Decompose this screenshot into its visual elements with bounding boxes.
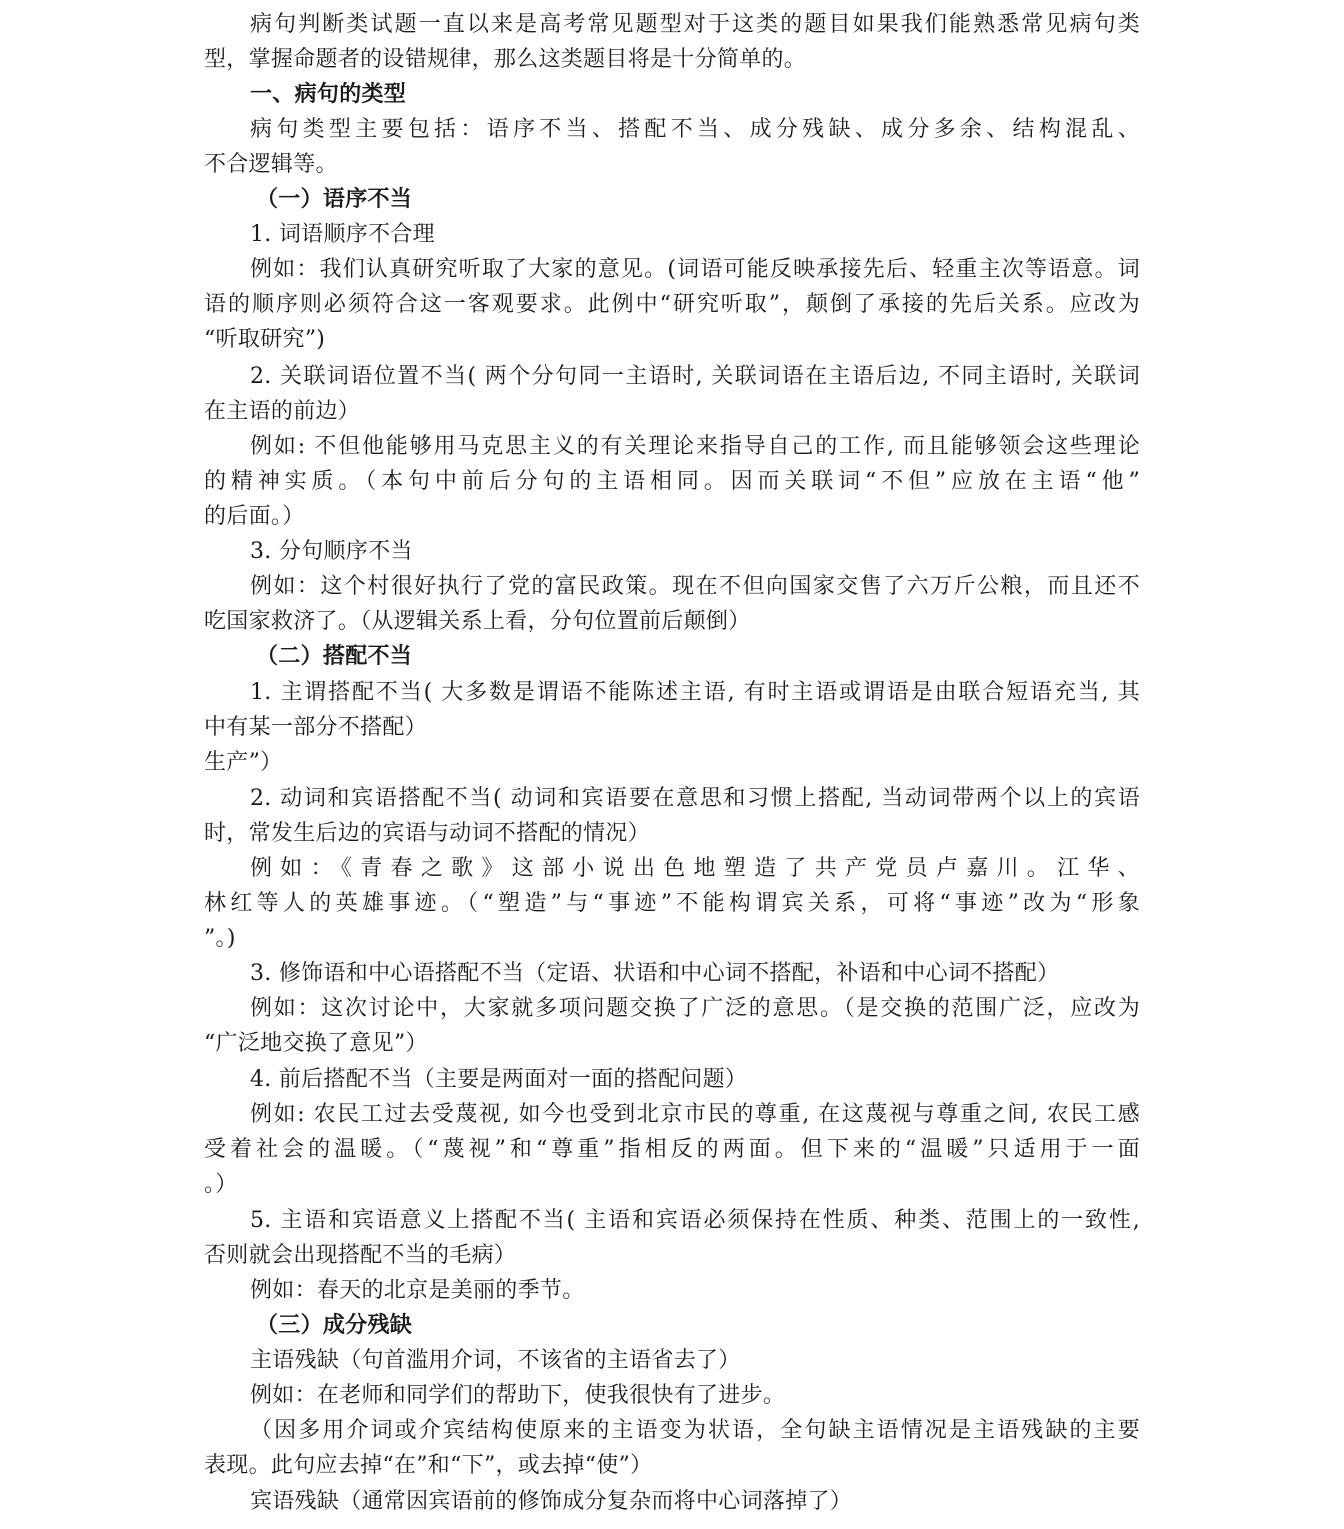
example-8: 例如：在老师和同学们的帮助下，使我很快有了进步。 (250, 1378, 1140, 1413)
example-6-line-3: 。） (204, 1167, 1140, 1202)
types-summary-line-2: 不合逻辑等。 (204, 147, 1140, 182)
example-1-line-2: 语的顺序则必须符合这一客观要求。此例中“研究听取”，颠倒了承接的先后关系。应改为 (204, 287, 1140, 322)
example-1-line-3: “听取研究”) (204, 322, 1140, 357)
item-clause-order: 3. 分句顺序不当 (250, 534, 1140, 569)
item-subject-predicate-line-2: 中有某一部分不搭配） (204, 710, 1140, 745)
example-2-line-1: 例如: 不但他能够用马克思主义的有关理论来指导自己的工作, 而且能够领会这些理论 (250, 429, 1140, 464)
types-summary-line-1: 病句类型主要包括：语序不当、搭配不当、成分残缺、成分多余、结构混乱、 (250, 112, 1140, 147)
item-subject-object-meaning-line-2: 否则就会出现搭配不当的毛病） (204, 1238, 1140, 1273)
intro-paragraph-line-2: 型，掌握命题者的设错规律，那么这类题目将是十分简单的。 (204, 42, 1140, 77)
section-heading-sentence-types: 一、病句的类型 (250, 77, 1140, 112)
example-2-line-2: 的精神实质。（本句中前后分句的主语相同。因而关联词“不但”应放在主语“他” (204, 464, 1140, 499)
item-subject-predicate-line-1: 1. 主谓搭配不当( 大多数是谓语不能陈述主语, 有时主语或谓语是由联合短语充当… (250, 675, 1140, 710)
item-verb-object-line-1: 2. 动词和宾语搭配不当( 动词和宾语要在意思和习惯上搭配, 当动词带两个以上的… (250, 781, 1140, 816)
example-6-line-1: 例如: 农民工过去受蔑视, 如今也受到北京市民的尊重, 在这蔑视与尊重之间, 农… (250, 1097, 1140, 1132)
item-front-back-collocation: 4. 前后搭配不当（主要是两面对一面的搭配问题） (250, 1062, 1140, 1097)
intro-paragraph-line-1: 病句判断类试题一直以来是高考常见题型对于这类的题目如果我们能熟悉常见病句类 (250, 7, 1140, 42)
item-verb-object-line-2: 时，常发生后边的宾语与动词不搭配的情况） (204, 816, 1140, 851)
example-4-line-3: ”。) (204, 921, 1140, 956)
example-2-line-3: 的后面。） (204, 499, 1140, 534)
example-3-line-2: 吃国家救济了。（从逻辑关系上看，分句位置前后颠倒） (204, 604, 1140, 639)
example-4-line-1: 例如：《青春之歌》这部小说出色地塑造了共产党员卢嘉川。江华、 (250, 851, 1140, 886)
example-6-line-2: 受着社会的温暖。（“蔑视”和“尊重”指相反的两面。但下来的“温暖”只适用于一面 (204, 1132, 1140, 1167)
item-subject-object-meaning-line-1: 5. 主语和宾语意义上搭配不当( 主语和宾语必须保持在性质、种类、范围上的一致性… (250, 1203, 1140, 1238)
example-3-line-1: 例如：这个村很好执行了党的富民政策。现在不但向国家交售了六万斤公粮，而且还不 (250, 569, 1140, 604)
item-missing-object: 宾语残缺（通常因宾语前的修饰成分复杂而将中心词落掉了） (250, 1484, 1140, 1519)
example-1-line-1: 例如：我们认真研究听取了大家的意见。(词语可能反映承接先后、轻重主次等语意。词 (250, 252, 1140, 287)
document-page: 病句判断类试题一直以来是高考常见题型对于这类的题目如果我们能熟悉常见病句类 型，… (0, 0, 1344, 1529)
item-modifier-head: 3. 修饰语和中心语搭配不当（定语、状语和中心词不搭配，补语和中心词不搭配） (250, 956, 1140, 991)
item-missing-subject: 主语残缺（句首滥用介词，不该省的主语省去了） (250, 1343, 1140, 1378)
subheading-word-order: （一）语序不当 (256, 182, 1140, 217)
example-4-line-2: 林红等人的英雄事迹。（“塑造”与“事迹”不能构谓宾关系，可将“事迹”改为“形象 (204, 886, 1140, 921)
item-word-order-unreasonable: 1. 词语顺序不合理 (250, 217, 1140, 252)
subheading-collocation: （二）搭配不当 (256, 639, 1140, 674)
example-5-line-1: 例如：这次讨论中，大家就多项问题交换了广泛的意思。（是交换的范围广泛，应改为 (250, 991, 1140, 1026)
subheading-missing-components: （三）成分残缺 (256, 1308, 1140, 1343)
item-conjunction-position-line-2: 在主语的前边） (204, 394, 1140, 429)
explanation-8-line-1: （因多用介词或介宾结构使原来的主语变为状语，全句缺主语情况是主语残缺的主要 (250, 1413, 1140, 1448)
orphan-fragment-line: 生产”） (204, 745, 1140, 780)
item-conjunction-position-line-1: 2. 关联词语位置不当( 两个分句同一主语时, 关联词语在主语后边, 不同主语时… (250, 359, 1140, 394)
example-5-line-2: “广泛地交换了意见”） (204, 1026, 1140, 1061)
example-7: 例如：春天的北京是美丽的季节。 (250, 1273, 1140, 1308)
explanation-8-line-2: 表现。此句应去掉“在”和“下”，或去掉“使”） (204, 1448, 1140, 1483)
